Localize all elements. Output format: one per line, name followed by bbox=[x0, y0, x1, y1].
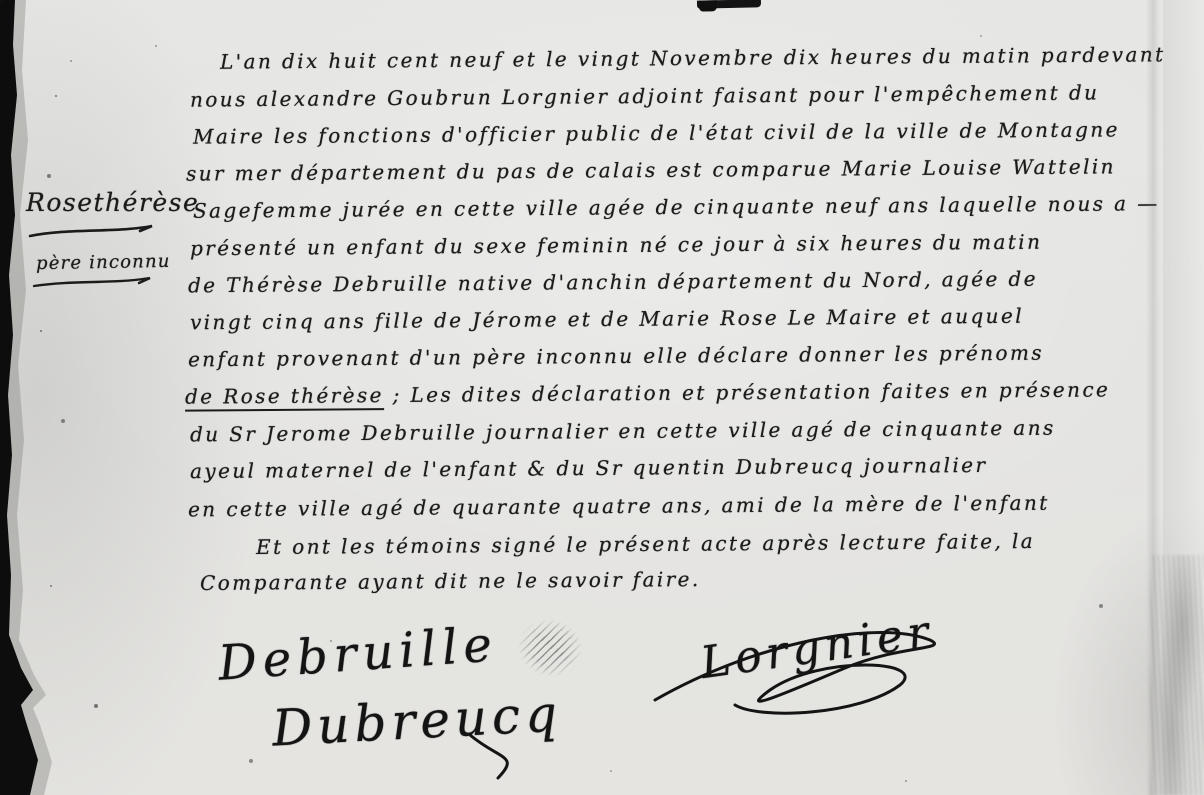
act-line: ayeul maternel de l'enfant & du Sr quent… bbox=[190, 453, 988, 483]
act-line: Sagefemme jurée en cette ville agée de c… bbox=[193, 191, 1160, 223]
act-line-rest: ; Les dites déclaration et présentation … bbox=[384, 377, 1111, 407]
signature-dubreucq: Dubreucq bbox=[271, 684, 564, 757]
act-line: sur mer département du pas de calais est… bbox=[186, 154, 1116, 185]
act-line: présenté un enfant du sexe feminin né ce… bbox=[190, 230, 1042, 261]
margin-child-name: Rosethérèse bbox=[26, 188, 199, 217]
page-number-fragment bbox=[697, 0, 761, 9]
act-line: enfant provenant d'un père inconnu elle … bbox=[188, 341, 1044, 372]
scanned-register-page: Rosethérèse père inconnu L'an dix huit c… bbox=[0, 0, 1204, 795]
act-line: en cette ville agé de quarante quatre an… bbox=[188, 491, 1050, 522]
act-line: vingt cinq ans fille de Jérome et de Mar… bbox=[190, 304, 1024, 335]
signature-debruille: Debruille bbox=[216, 616, 499, 691]
underlined-child-name: de Rose thérèse bbox=[185, 383, 384, 412]
margin-father-note: père inconnu bbox=[36, 251, 171, 274]
act-line: de Thérèse Debruille native d'anchin dép… bbox=[188, 267, 1038, 298]
act-line: Comparante ayant dit ne le savoir faire. bbox=[200, 567, 701, 595]
paper-speckles bbox=[0, 0, 2, 2]
act-line: du Sr Jerome Debruille journalier en cet… bbox=[190, 416, 1056, 447]
signature-lorgnier: Lorgnier bbox=[698, 606, 937, 689]
act-line: L'an dix huit cent neuf et le vingt Nove… bbox=[220, 42, 1166, 73]
ink-smudge bbox=[500, 602, 600, 694]
scan-noise-band bbox=[1150, 555, 1204, 795]
act-line: Maire les fonctions d'officier public de… bbox=[193, 117, 1120, 148]
binding-edge-shadow bbox=[0, 0, 70, 795]
act-line: Et ont les témoins signé le présent acte… bbox=[256, 529, 1035, 559]
act-line: nous alexandre Goubrun Lorgnier adjoint … bbox=[190, 80, 1100, 111]
act-line-with-underlined-name: de Rose thérèse ; Les dites déclaration … bbox=[185, 377, 1110, 408]
